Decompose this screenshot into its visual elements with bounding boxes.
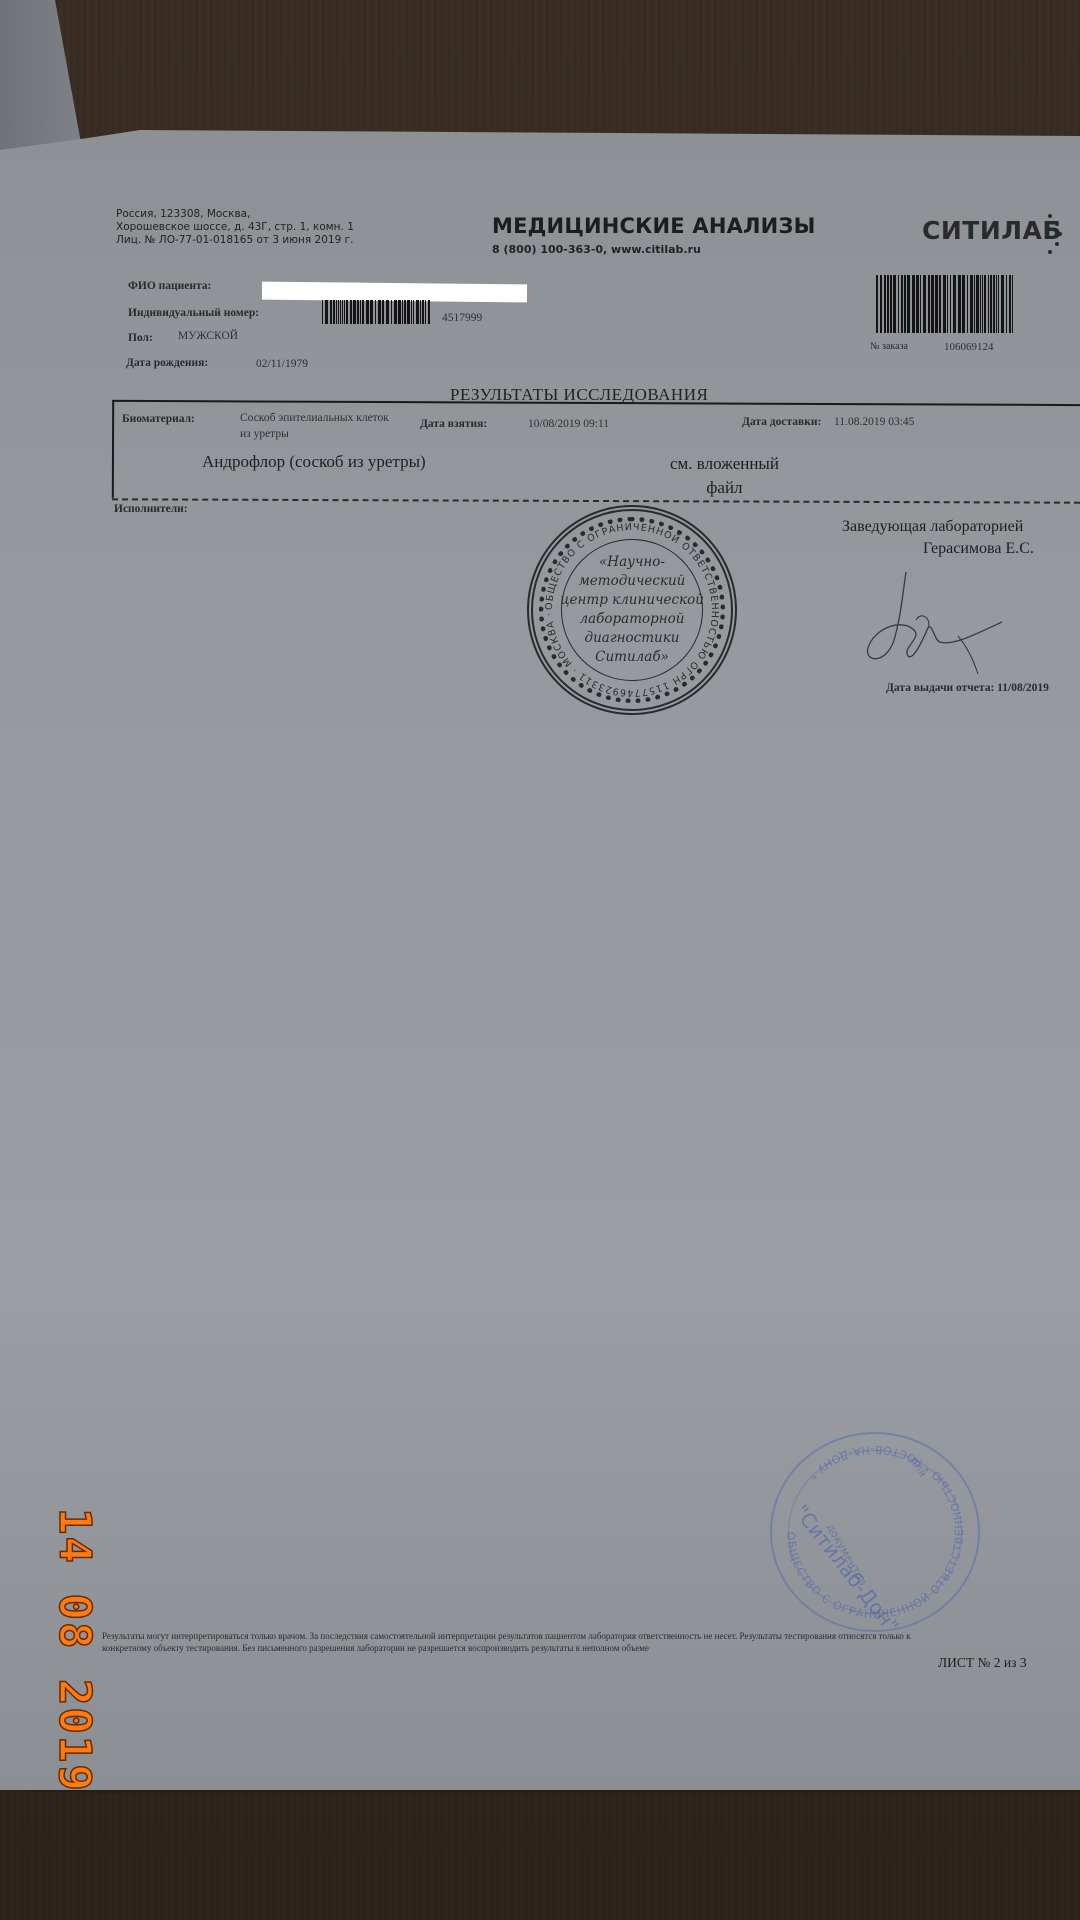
order-number-value: 106069124 bbox=[944, 341, 994, 353]
svg-text:ОБЩЕСТВО С ОГРАНИЧЕННОЙ ОТВЕТС: ОБЩЕСТВО С ОГРАНИЧЕННОЙ ОТВЕТСТВЕННОСТЬЮ… bbox=[784, 1443, 966, 1621]
test-name: Андрофлор (соскоб из уретры) bbox=[202, 452, 426, 472]
blue-stamp-ring-text: ОБЩЕСТВО С ОГРАНИЧЕННОЙ ОТВЕТСТВЕННОСТЬЮ… bbox=[770, 1432, 980, 1632]
report-date-label-text: Дата выдачи отчета: bbox=[886, 682, 994, 694]
biomaterial-value: Соскоб эпителиальных клеток из уретры bbox=[240, 410, 389, 442]
date-taken-label: Дата взятия: bbox=[420, 418, 487, 430]
stamp-line: лабораторной bbox=[560, 610, 704, 629]
biomaterial-line: из уретры bbox=[240, 426, 389, 442]
camera-date-overlay: 14 08 2019 bbox=[49, 1508, 100, 1793]
address-line: Россия, 123308, Москва, bbox=[116, 208, 354, 221]
dob-value: 02/11/1979 bbox=[256, 358, 308, 370]
patient-id-value: 4517999 bbox=[442, 312, 482, 324]
sheet-number: ЛИСТ № 2 из 3 bbox=[938, 1655, 1027, 1671]
lab-contacts: 8 (800) 100-363-0, www.citilab.ru bbox=[492, 243, 701, 256]
document-title: МЕДИЦИНСКИЕ АНАЛИЗЫ bbox=[492, 214, 816, 238]
disclaimer-text: Результаты могут интерпретироваться толь… bbox=[102, 1630, 932, 1654]
stamp-line: центр клинической bbox=[560, 591, 704, 610]
address-line: Хорошевское шоссе, д. 43Г, стр. 1, комн.… bbox=[116, 221, 354, 234]
date-delivered-value: 11.08.2019 03:45 bbox=[834, 416, 914, 428]
patient-id-label: Индивидуальный номер: bbox=[128, 307, 259, 319]
citilab-logo: СИТИЛАБ bbox=[922, 216, 1062, 245]
date-taken-value: 10/08/2019 09:11 bbox=[528, 418, 609, 430]
stamp-line: методический bbox=[560, 572, 704, 591]
dob-label: Дата рождения: bbox=[126, 357, 208, 369]
signature bbox=[862, 570, 1022, 680]
order-number-label: № заказа bbox=[870, 341, 908, 352]
head-title: Заведующая лабораторией bbox=[842, 518, 1023, 536]
patient-name-label: ФИО пациента: bbox=[128, 280, 211, 292]
report-date-value: 11/08/2019 bbox=[997, 682, 1049, 694]
performers-label: Исполнители: bbox=[114, 503, 188, 515]
license-line: Лиц. № ЛО-77-01-018165 от 3 июня 2019 г. bbox=[116, 234, 354, 247]
biomaterial-line: Соскоб эпителиальных клеток bbox=[240, 410, 389, 426]
logo-dots-icon bbox=[1046, 212, 1066, 256]
stamp-line: диагностики bbox=[560, 629, 704, 648]
biomaterial-label: Биоматериал: bbox=[122, 413, 195, 425]
report-date-label: Дата выдачи отчета: 11/08/2019 bbox=[886, 682, 1049, 694]
sex-label: Пол: bbox=[128, 332, 153, 344]
patient-id-barcode bbox=[322, 300, 435, 324]
sex-value: МУЖСКОЙ bbox=[178, 330, 238, 342]
test-result-line: см. вложенный bbox=[670, 452, 779, 476]
test-result-line: файл bbox=[670, 476, 779, 500]
stamp-line: «Научно- bbox=[560, 553, 704, 572]
test-result: см. вложенный файл bbox=[670, 452, 779, 500]
date-delivered-label: Дата доставки: bbox=[742, 416, 821, 428]
order-barcode bbox=[876, 275, 1016, 333]
head-name: Герасимова Е.С. bbox=[923, 540, 1034, 558]
lab-address: Россия, 123308, Москва, Хорошевское шосс… bbox=[116, 208, 354, 247]
stamp-line: Ситилаб» bbox=[560, 648, 704, 667]
stamp-center-text: «Научно- методический центр клинической … bbox=[560, 553, 704, 667]
